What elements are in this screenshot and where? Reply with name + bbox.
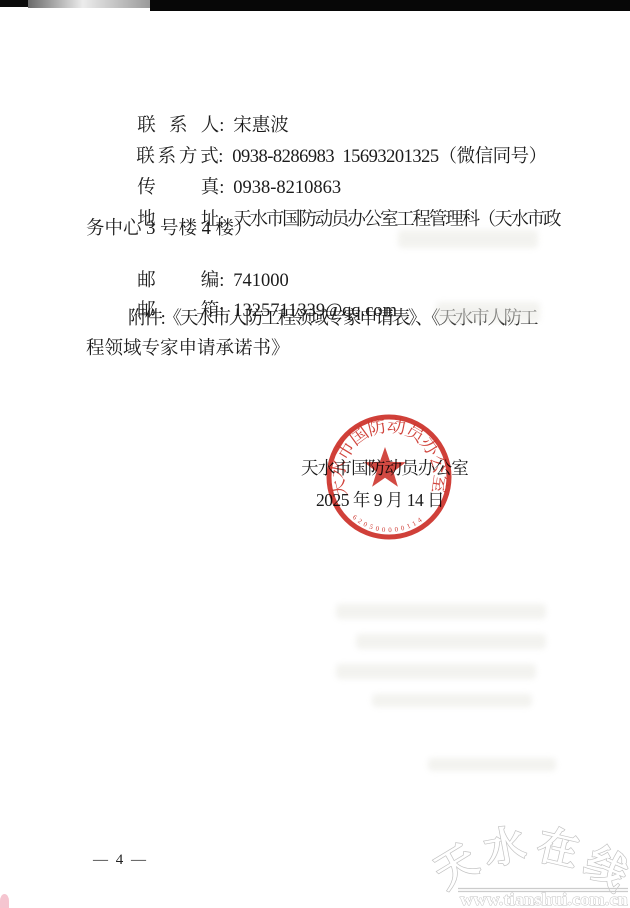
seal-ring-text: 天水市国防动员办公室 — [327, 415, 450, 500]
bleed-smudge — [428, 758, 556, 771]
address-line-2: 务中心 3 号楼 4 楼） — [86, 218, 253, 240]
bleed-smudge — [336, 604, 546, 619]
star-icon — [364, 447, 406, 487]
scan-corner-mark — [0, 894, 9, 908]
bleed-smudge — [398, 230, 538, 248]
watermark-url: www.tianshui.com.cn — [460, 890, 628, 908]
official-seal: 天水市国防动员办公室 6205000001142 — [324, 414, 454, 544]
bleed-smudge — [372, 694, 532, 707]
bleed-smudge — [336, 664, 536, 679]
bleed-smudge — [356, 634, 546, 649]
attachment-line-2: 程领域专家申请承诺书》 — [86, 338, 290, 360]
scan-edge-fade — [28, 0, 150, 8]
bleed-smudge — [436, 302, 540, 322]
address-value: 天水市国防动员办公室工程管理科（天水市政 — [233, 210, 559, 230]
scan-edge-top-right — [150, 0, 630, 11]
site-watermark: 天水在线 www.tianshui.com.cn — [420, 818, 630, 908]
watermark-title: 天水在线 — [426, 821, 630, 900]
page-number: — 4 — — [93, 852, 148, 869]
